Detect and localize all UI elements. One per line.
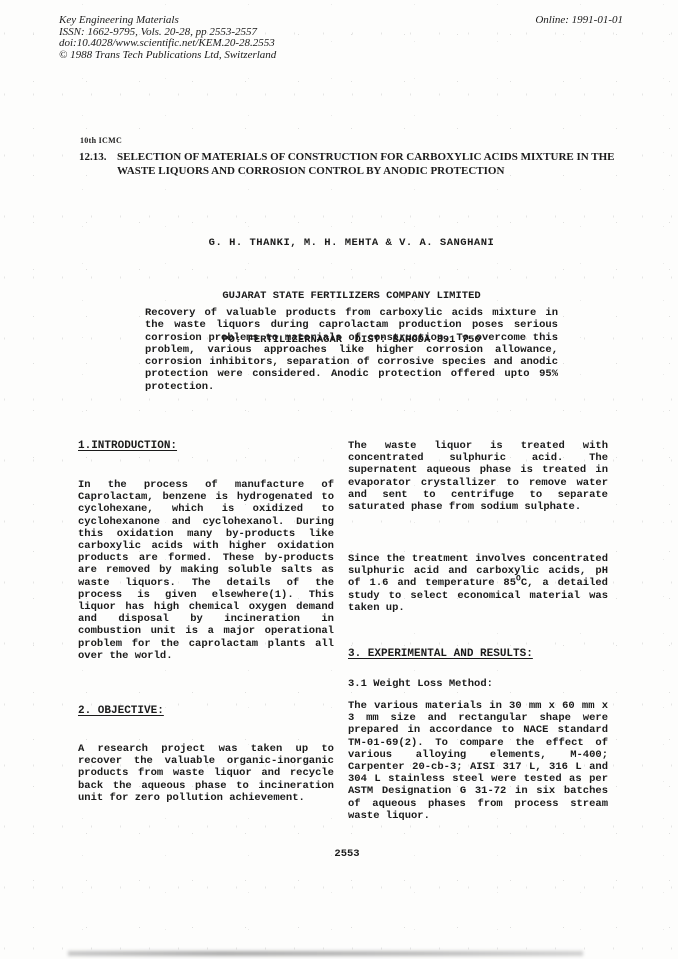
abstract-paragraph: Recovery of valuable products from carbo… [145, 307, 558, 393]
page-number: 2553 [0, 848, 678, 860]
conference-tag: 10th ICMC [80, 136, 122, 145]
right-paragraph-1: The waste liquor is treated with concent… [348, 440, 608, 513]
affiliation-line1: GUJARAT STATE FERTILIZERS COMPANY LIMITE… [145, 289, 558, 304]
paper-title-text: SELECTION OF MATERIALS OF CONSTRUCTION F… [117, 151, 624, 178]
section-3-1-heading: 3.1 Weight Loss Method: [348, 678, 608, 690]
online-date: Online: 1991-01-01 [438, 15, 623, 27]
paper-title: 12.13. SELECTION OF MATERIALS OF CONSTRU… [79, 151, 624, 178]
doi-line: doi:10.4028/www.scientific.net/KEM.20-28… [59, 38, 479, 50]
right-paragraph-2: Since the treatment involves concentrate… [348, 553, 608, 614]
section-3-paragraph: The various materials in 30 mm x 60 mm x… [348, 700, 608, 822]
journal-header: Key Engineering Materials ISSN: 1662-979… [59, 15, 479, 61]
section-1-paragraph: In the process of manufacture of Caprola… [78, 479, 334, 662]
section-3-heading: 3. EXPERIMENTAL AND RESULTS: [348, 648, 608, 660]
section-1-heading: 1.INTRODUCTION: [78, 440, 334, 452]
section-2-heading: 2. OBJECTIVE: [78, 705, 334, 717]
section-2-paragraph: A research project was taken up to recov… [78, 743, 334, 804]
scan-edge-artifact [68, 951, 583, 956]
copyright-line: © 1988 Trans Tech Publications Ltd, Swit… [59, 50, 479, 62]
journal-title: Key Engineering Materials [59, 15, 479, 27]
scanned-paper-page: Key Engineering Materials ISSN: 1662-979… [0, 0, 678, 959]
paper-title-number: 12.13. [79, 151, 117, 178]
authors-line: G. H. THANKI, M. H. MEHTA & V. A. SANGHA… [145, 237, 558, 249]
